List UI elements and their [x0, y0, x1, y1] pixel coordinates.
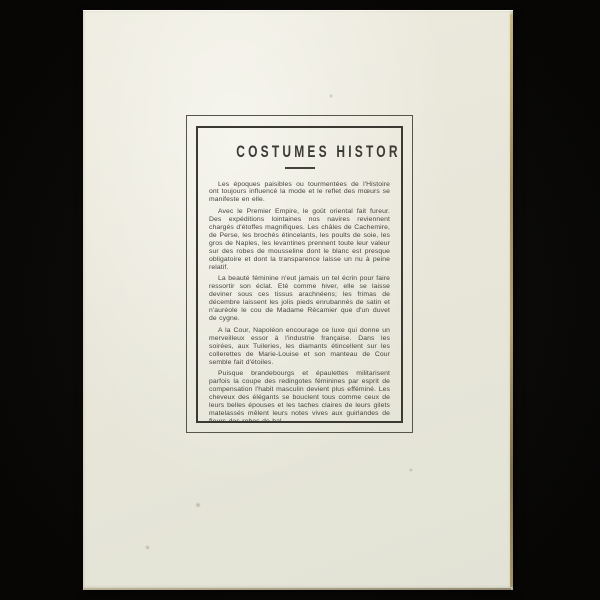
paragraph: Avec le Premier Empire, le goût oriental… [209, 208, 390, 271]
page-bottom-edge [84, 588, 511, 590]
title-block: COSTUMES HISTORIQUES [209, 143, 390, 161]
paragraph: Puisque brandebourgs et épaulettes milit… [209, 370, 390, 423]
photo-background: COSTUMES HISTORIQUES Les époques paisibl… [0, 0, 600, 600]
outer-border-frame: COSTUMES HISTORIQUES Les époques paisibl… [186, 115, 413, 433]
foxing-spot [409, 468, 413, 472]
paragraph: Les époques paisibles ou tourmentées de … [209, 181, 390, 205]
page-title: COSTUMES HISTORIQUES [236, 143, 403, 161]
document-page: COSTUMES HISTORIQUES Les époques paisibl… [83, 10, 513, 590]
paragraph: La beauté féminine n'eut jamais un tel é… [209, 275, 390, 322]
inner-border-frame: COSTUMES HISTORIQUES Les époques paisibl… [196, 126, 403, 423]
paragraph: A la Cour, Napoléon encourage ce luxe qu… [209, 327, 390, 367]
body-text: Les époques paisibles ou tourmentées de … [209, 181, 390, 424]
page-gilt-edge [510, 14, 513, 587]
foxing-spot [195, 502, 201, 508]
foxing-spot [145, 545, 150, 550]
foxing-spot [329, 94, 333, 98]
title-divider-rule [285, 167, 315, 169]
